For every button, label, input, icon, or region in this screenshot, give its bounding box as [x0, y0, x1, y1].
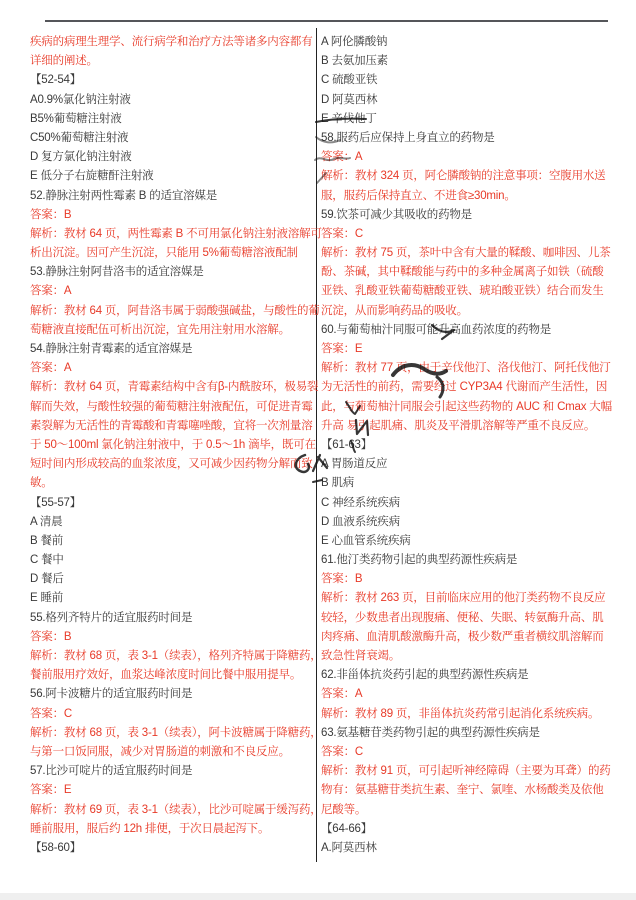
text-line: 尼酸等。 — [321, 801, 633, 820]
text-line: 素裂解为无活性的青霉酸和青霉噻唑酸，宜将一次剂量溶 — [30, 417, 316, 436]
document-page: 疾病的病理生理学、流行病学和治疗方法等诸多内容都有详细的阐述。【52-54】A0… — [0, 0, 636, 900]
text-line: 答案：B — [30, 628, 316, 647]
text-line: 解析：教材 64 页，两性霉素 B 不可用氯化钠注射液溶解可 — [30, 225, 316, 244]
text-line: E 心血管系统疾病 — [321, 532, 633, 551]
text-line: 55.格列齐特片的适宜服药时间是 — [30, 609, 316, 628]
left-column: 疾病的病理生理学、流行病学和治疗方法等诸多内容都有详细的阐述。【52-54】A0… — [30, 33, 316, 858]
text-line: 62.非甾体抗炎药引起的典型药源性疾病是 — [321, 666, 633, 685]
text-line: A0.9%氯化钠注射液 — [30, 91, 316, 110]
text-line: E 睡前 — [30, 589, 316, 608]
text-line: 解析：教材 64 页，阿昔洛韦属于弱酸强碱盐，与酸性的葡 — [30, 302, 316, 321]
top-horizontal-rule — [45, 20, 608, 22]
text-line: 萄糖液直接配伍可析出沉淀，宜先用注射用水溶解。 — [30, 321, 316, 340]
text-line: 解而失效，与酸性较强的葡萄糖注射液配伍，可促进青霉 — [30, 398, 316, 417]
text-line: 答案：C — [321, 225, 633, 244]
text-line: 答案：C — [321, 743, 633, 762]
text-line: D 复方氯化钠注射液 — [30, 148, 316, 167]
text-line: 解析：教材 77 页，由于辛伐他汀、洛伐他汀、阿托伐他汀 — [321, 359, 633, 378]
text-line: 52.静脉注射两性霉素 B 的适宜溶媒是 — [30, 187, 316, 206]
text-line: 详细的阐述。 — [30, 52, 316, 71]
text-line: 57.比沙可啶片的适宜服药时间是 — [30, 762, 316, 781]
text-line: 敏。 — [30, 474, 316, 493]
text-line: 【64-66】 — [321, 820, 633, 839]
text-line: 升高 易引起肌痛、肌炎及平滑肌溶解等严重不良反应。 — [321, 417, 633, 436]
text-line: 61.他汀类药物引起的典型药源性疾病是 — [321, 551, 633, 570]
text-line: 答案：C — [30, 705, 316, 724]
text-line: 肉疼痛、血清肌酸激酶升高，极少数严重者横纹肌溶解而 — [321, 628, 633, 647]
text-line: 63.氨基糖苷类药物引起的典型药源性疾病是 — [321, 724, 633, 743]
text-line: 解析：教材 91 页，可引起听神经障碍（主要为耳聋）的药 — [321, 762, 633, 781]
text-line: A 胃肠道反应 — [321, 455, 633, 474]
text-line: 答案：A — [321, 148, 633, 167]
text-line: E 低分子右旋糖酐注射液 — [30, 167, 316, 186]
text-line: 此，与葡萄柚汁同服会引起这些药物的 AUC 和 Cmax 大幅 — [321, 398, 633, 417]
text-line: 答案：A — [321, 685, 633, 704]
text-line: 物有：氨基糖苷类抗生素、奎宁、氯喹、水杨酸类及依他 — [321, 781, 633, 800]
text-line: 解析：教材 68 页，表 3-1（续表），阿卡波糖属于降糖药， — [30, 724, 316, 743]
text-line: 【55-57】 — [30, 494, 316, 513]
text-line: C 餐中 — [30, 551, 316, 570]
text-line: 睡前服用，服后约 12h 排便，于次日晨起泻下。 — [30, 820, 316, 839]
text-line: A 清晨 — [30, 513, 316, 532]
text-line: 解析：教材 263 页，目前临床应用的他汀类药物不良反应 — [321, 589, 633, 608]
text-line: A.阿莫西林 — [321, 839, 633, 858]
text-line: D 血液系统疾病 — [321, 513, 633, 532]
text-line: 短时间内形成较高的血浆浓度，又可减少因药物分解而致 — [30, 455, 316, 474]
text-line: 答案：E — [321, 340, 633, 359]
text-line: 解析：教材 324 页，阿仑膦酸钠的注意事项：空腹用水送 — [321, 167, 633, 186]
text-line: 答案：B — [30, 206, 316, 225]
text-line: 58.服药后应保持上身直立的药物是 — [321, 129, 633, 148]
text-line: D 阿莫西林 — [321, 91, 633, 110]
text-line: 与第一口饭同服，减少对胃肠道的刺激和不良反应。 — [30, 743, 316, 762]
text-line: 59.饮茶可减少其吸收的药物是 — [321, 206, 633, 225]
text-line: 酚、茶碱，其中鞣酸能与药中的多种金属离子如铁（硫酸 — [321, 263, 633, 282]
text-line: 答案：A — [30, 359, 316, 378]
text-line: 【58-60】 — [30, 839, 316, 858]
text-line: D 餐后 — [30, 570, 316, 589]
text-line: 【61-63】 — [321, 436, 633, 455]
text-line: B5%葡萄糖注射液 — [30, 110, 316, 129]
text-line: 答案：E — [30, 781, 316, 800]
text-line: 亚铁、乳酸亚铁葡萄糖酸亚铁、琥珀酸亚铁）结合而发生 — [321, 282, 633, 301]
text-line: 解析：教材 64 页，青霉素结构中含有β-内酰胺环，极易裂 — [30, 378, 316, 397]
text-line: C 神经系统疾病 — [321, 494, 633, 513]
text-line: 致急性肾衰竭。 — [321, 647, 633, 666]
text-line: C50%葡萄糖注射液 — [30, 129, 316, 148]
text-line: A 阿伦膦酸钠 — [321, 33, 633, 52]
text-line: 析出沉淀。因可产生沉淀，只能用 5%葡萄糖溶液配制 — [30, 244, 316, 263]
text-line: C 硫酸亚铁 — [321, 71, 633, 90]
text-line: 答案：A — [30, 282, 316, 301]
text-line: 答案：B — [321, 570, 633, 589]
text-line: B 去氨加压素 — [321, 52, 633, 71]
text-line: 53.静脉注射阿昔洛韦的适宜溶媒是 — [30, 263, 316, 282]
text-line: 较轻，少数患者出现腹痛、便秘、失眠、转氨酶升高、肌 — [321, 609, 633, 628]
text-line: 【52-54】 — [30, 71, 316, 90]
text-line: B 肌病 — [321, 474, 633, 493]
text-line: 服，服药后保持直立、不进食≥30min。 — [321, 187, 633, 206]
right-column: A 阿伦膦酸钠B 去氨加压素C 硫酸亚铁D 阿莫西林E 辛伐他丁58.服药后应保… — [321, 33, 633, 858]
text-line: 疾病的病理生理学、流行病学和治疗方法等诸多内容都有 — [30, 33, 316, 52]
text-line: 解析：教材 69 页，表 3-1（续表），比沙可啶属于缓泻药， — [30, 801, 316, 820]
page-bottom-edge — [0, 893, 636, 900]
text-line: 解析：教材 68 页，表 3-1（续表），格列齐特属于降糖药， — [30, 647, 316, 666]
text-line: B 餐前 — [30, 532, 316, 551]
text-line: 54.静脉注射青霉素的适宜溶媒是 — [30, 340, 316, 359]
text-line: 于 50～100ml 氯化钠注射液中，于 0.5～1h 滴毕，既可在 — [30, 436, 316, 455]
text-line: 解析：教材 89 页，非甾体抗炎药常引起消化系统疾病。 — [321, 705, 633, 724]
text-line: 餐前服用疗效好，血浆达峰浓度时间比餐中服用提早。 — [30, 666, 316, 685]
text-line: 为无活性的前药，需要经过 CYP3A4 代谢而产生活性，因 — [321, 378, 633, 397]
text-line: E 辛伐他丁 — [321, 110, 633, 129]
text-line: 解析：教材 75 页，茶叶中含有大量的鞣酸、咖啡因、儿茶 — [321, 244, 633, 263]
text-line: 沉淀，从而影响药品的吸收。 — [321, 302, 633, 321]
text-line: 56.阿卡波糖片的适宜服药时间是 — [30, 685, 316, 704]
text-line: 60.与葡萄柚汁同服可能升高血药浓度的药物是 — [321, 321, 633, 340]
